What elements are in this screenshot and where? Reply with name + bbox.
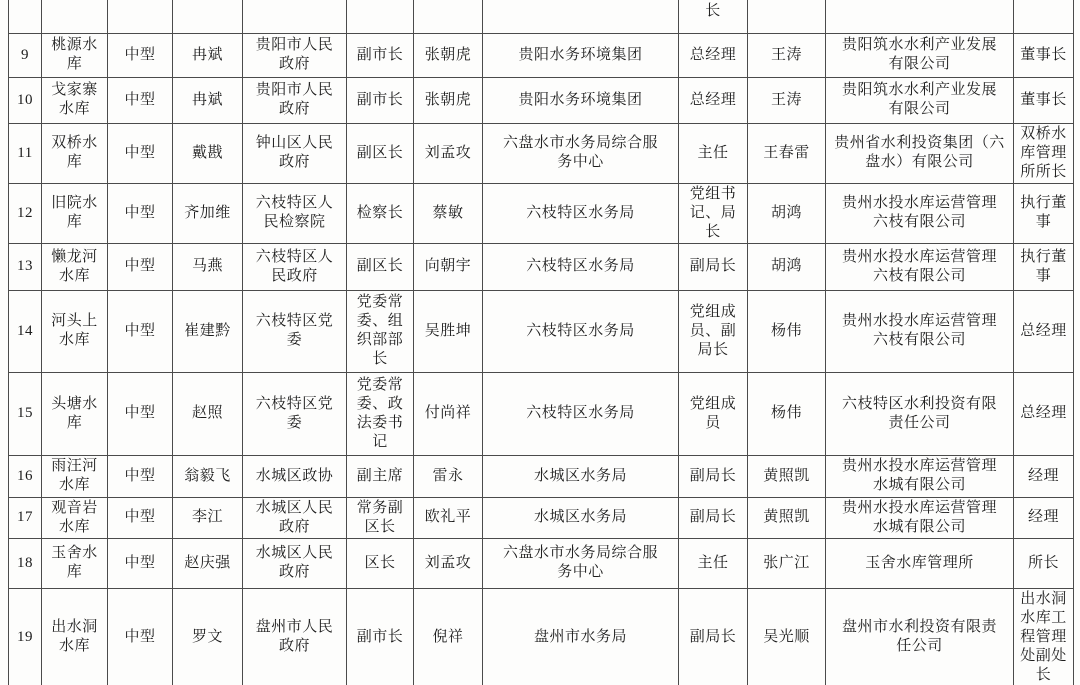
scale-type-cell: 中型 [108, 243, 173, 290]
responsible-person-org-cell: 钟山区人民 政府 [243, 123, 347, 183]
responsible-person-title-cell: 副市长 [347, 588, 414, 685]
partial-table-row: 长 [9, 0, 1074, 33]
manager-person-title-cell: 双桥水 库管理 所所长 [1014, 123, 1074, 183]
row-number-cell: 12 [9, 183, 42, 243]
manager-person-title-cell: 出水洞 水库工 程管理 处副处 长 [1014, 588, 1074, 685]
reservoir-name-cell: 戈家寨 水库 [42, 77, 108, 123]
manager-person-title-cell: 执行董 事 [1014, 243, 1074, 290]
competent-person-title-cell: 主任 [679, 538, 748, 588]
reservoir-name-cell: 玉舍水 库 [42, 538, 108, 588]
responsible-person-org-cell: 水城区人民 政府 [243, 497, 347, 538]
responsible-person-title-cell: 副市长 [347, 33, 414, 77]
competent-org-cell: 水城区水务局 [483, 455, 679, 497]
manager-person-cell: 吴光顺 [748, 588, 826, 685]
row-number-cell: 15 [9, 372, 42, 455]
table-row: 17观音岩 水库中型李江水城区人民 政府常务副 区长欧礼平水城区水务局副局长黄照… [9, 497, 1074, 538]
manager-person-cell: 杨伟 [748, 372, 826, 455]
manager-org-cell: 贵阳筑水水利产业发展 有限公司 [826, 77, 1014, 123]
competent-person-title-cell: 副局长 [679, 243, 748, 290]
competent-org-cell: 六枝特区水务局 [483, 183, 679, 243]
table-row: 9桃源水 库中型冉斌贵阳市人民 政府副市长张朝虎贵阳水务环境集团总经理王涛贵阳筑… [9, 33, 1074, 77]
competent-person-cell: 欧礼平 [414, 497, 483, 538]
scale-type-cell [108, 0, 173, 33]
competent-person-title-cell: 主任 [679, 123, 748, 183]
competent-person-title-cell: 总经理 [679, 33, 748, 77]
row-number-cell: 16 [9, 455, 42, 497]
competent-org-cell: 六枝特区水务局 [483, 243, 679, 290]
responsible-person-cell: 李江 [173, 497, 243, 538]
row-number-cell: 9 [9, 33, 42, 77]
manager-org-cell: 贵州水投水库运营管理 六枝有限公司 [826, 243, 1014, 290]
manager-person-title-cell [1014, 0, 1074, 33]
reservoir-officials-table: 长9桃源水 库中型冉斌贵阳市人民 政府副市长张朝虎贵阳水务环境集团总经理王涛贵阳… [8, 0, 1074, 685]
manager-person-title-cell: 董事长 [1014, 33, 1074, 77]
manager-person-cell: 王涛 [748, 77, 826, 123]
responsible-person-cell: 翁毅飞 [173, 455, 243, 497]
manager-person-title-cell: 所长 [1014, 538, 1074, 588]
competent-org-cell: 贵阳水务环境集团 [483, 33, 679, 77]
table-row: 18玉舍水 库中型赵庆强水城区人民 政府区长刘孟攻六盘水市水务局综合服 务中心主… [9, 538, 1074, 588]
competent-person-cell: 向朝宇 [414, 243, 483, 290]
table-row: 12旧院水 库中型齐加维六枝特区人 民检察院检察长蔡敏六枝特区水务局党组书 记、… [9, 183, 1074, 243]
competent-person-title-cell: 党组成 员 [679, 372, 748, 455]
scale-type-cell: 中型 [108, 455, 173, 497]
manager-person-cell: 胡鸿 [748, 243, 826, 290]
responsible-person-cell: 赵庆强 [173, 538, 243, 588]
reservoir-name-cell [42, 0, 108, 33]
row-number-cell: 13 [9, 243, 42, 290]
responsible-person-title-cell: 副区长 [347, 123, 414, 183]
manager-org-cell: 贵州水投水库运营管理 水城有限公司 [826, 497, 1014, 538]
competent-person-title-cell: 副局长 [679, 497, 748, 538]
reservoir-name-cell: 旧院水 库 [42, 183, 108, 243]
manager-org-cell: 玉舍水库管理所 [826, 538, 1014, 588]
manager-person-cell: 胡鸿 [748, 183, 826, 243]
manager-person-cell: 张广江 [748, 538, 826, 588]
competent-person-title-cell: 党组成 员、副 局长 [679, 290, 748, 372]
responsible-person-title-cell: 党委常 委、政 法委书 记 [347, 372, 414, 455]
responsible-person-org-cell [243, 0, 347, 33]
responsible-person-cell: 赵照 [173, 372, 243, 455]
manager-person-cell [748, 0, 826, 33]
table-row: 19出水洞 水库中型罗文盘州市人民 政府副市长倪祥盘州市水务局副局长吴光顺盘州市… [9, 588, 1074, 685]
responsible-person-org-cell: 贵阳市人民 政府 [243, 77, 347, 123]
reservoir-name-cell: 桃源水 库 [42, 33, 108, 77]
manager-org-cell: 盘州市水利投资有限责 任公司 [826, 588, 1014, 685]
row-number-cell: 19 [9, 588, 42, 685]
scale-type-cell: 中型 [108, 123, 173, 183]
competent-org-cell: 六枝特区水务局 [483, 290, 679, 372]
manager-org-cell: 六枝特区水利投资有限 责任公司 [826, 372, 1014, 455]
table-row: 10戈家寨 水库中型冉斌贵阳市人民 政府副市长张朝虎贵阳水务环境集团总经理王涛贵… [9, 77, 1074, 123]
responsible-person-title-cell: 检察长 [347, 183, 414, 243]
reservoir-name-cell: 懒龙河 水库 [42, 243, 108, 290]
competent-org-cell: 六盘水市水务局综合服 务中心 [483, 538, 679, 588]
responsible-person-title-cell: 副市长 [347, 77, 414, 123]
manager-person-title-cell: 经理 [1014, 497, 1074, 538]
manager-org-cell: 贵州省水利投资集团（六 盘水）有限公司 [826, 123, 1014, 183]
scale-type-cell: 中型 [108, 588, 173, 685]
responsible-person-cell: 戴戡 [173, 123, 243, 183]
manager-person-cell: 王春雷 [748, 123, 826, 183]
competent-person-cell: 吴胜坤 [414, 290, 483, 372]
responsible-person-cell: 马燕 [173, 243, 243, 290]
row-number-cell: 17 [9, 497, 42, 538]
reservoir-name-cell: 出水洞 水库 [42, 588, 108, 685]
responsible-person-title-cell: 区长 [347, 538, 414, 588]
responsible-person-cell [173, 0, 243, 33]
reservoir-name-cell: 河头上 水库 [42, 290, 108, 372]
manager-org-cell: 贵州水投水库运营管理 六枝有限公司 [826, 183, 1014, 243]
scale-type-cell: 中型 [108, 290, 173, 372]
row-number-cell: 11 [9, 123, 42, 183]
responsible-person-title-cell: 副区长 [347, 243, 414, 290]
reservoir-name-cell: 双桥水 库 [42, 123, 108, 183]
responsible-person-org-cell: 贵阳市人民 政府 [243, 33, 347, 77]
responsible-person-title-cell: 副主席 [347, 455, 414, 497]
responsible-person-org-cell: 六枝特区党 委 [243, 372, 347, 455]
competent-person-title-cell: 副局长 [679, 588, 748, 685]
responsible-person-org-cell: 六枝特区人 民政府 [243, 243, 347, 290]
table-body: 长9桃源水 库中型冉斌贵阳市人民 政府副市长张朝虎贵阳水务环境集团总经理王涛贵阳… [9, 0, 1074, 685]
table-row: 16雨汪河 水库中型翁毅飞水城区政协副主席雷永水城区水务局副局长黄照凯贵州水投水… [9, 455, 1074, 497]
table-row: 13懒龙河 水库中型马燕六枝特区人 民政府副区长向朝宇六枝特区水务局副局长胡鸿贵… [9, 243, 1074, 290]
responsible-person-cell: 罗文 [173, 588, 243, 685]
responsible-person-title-cell: 党委常 委、组 织部部 长 [347, 290, 414, 372]
row-number-cell: 18 [9, 538, 42, 588]
responsible-person-title-cell: 常务副 区长 [347, 497, 414, 538]
manager-org-cell: 贵州水投水库运营管理 六枝有限公司 [826, 290, 1014, 372]
manager-person-title-cell: 总经理 [1014, 290, 1074, 372]
table-row: 14河头上 水库中型崔建黔六枝特区党 委党委常 委、组 织部部 长吴胜坤六枝特区… [9, 290, 1074, 372]
responsible-person-cell: 冉斌 [173, 33, 243, 77]
manager-person-cell: 黄照凯 [748, 497, 826, 538]
competent-person-cell: 蔡敏 [414, 183, 483, 243]
manager-org-cell: 贵阳筑水水利产业发展 有限公司 [826, 33, 1014, 77]
reservoir-name-cell: 雨汪河 水库 [42, 455, 108, 497]
responsible-person-org-cell: 水城区人民 政府 [243, 538, 347, 588]
manager-org-cell [826, 0, 1014, 33]
row-number-cell: 14 [9, 290, 42, 372]
competent-person-cell: 雷永 [414, 455, 483, 497]
reservoir-name-cell: 头塘水 库 [42, 372, 108, 455]
responsible-person-org-cell: 水城区政协 [243, 455, 347, 497]
manager-person-title-cell: 经理 [1014, 455, 1074, 497]
competent-org-cell: 贵阳水务环境集团 [483, 77, 679, 123]
responsible-person-title-cell [347, 0, 414, 33]
row-number-cell [9, 0, 42, 33]
competent-person-cell: 张朝虎 [414, 33, 483, 77]
competent-person-cell: 刘孟攻 [414, 538, 483, 588]
scale-type-cell: 中型 [108, 183, 173, 243]
competent-person-cell: 倪祥 [414, 588, 483, 685]
competent-person-title-cell: 总经理 [679, 77, 748, 123]
table-row: 11双桥水 库中型戴戡钟山区人民 政府副区长刘孟攻六盘水市水务局综合服 务中心主… [9, 123, 1074, 183]
competent-person-title-cell: 副局长 [679, 455, 748, 497]
scale-type-cell: 中型 [108, 497, 173, 538]
competent-org-cell: 盘州市水务局 [483, 588, 679, 685]
responsible-person-cell: 冉斌 [173, 77, 243, 123]
scale-type-cell: 中型 [108, 372, 173, 455]
manager-person-cell: 王涛 [748, 33, 826, 77]
table-row: 15头塘水 库中型赵照六枝特区党 委党委常 委、政 法委书 记付尚祥六枝特区水务… [9, 372, 1074, 455]
row-number-cell: 10 [9, 77, 42, 123]
competent-org-cell [483, 0, 679, 33]
responsible-person-cell: 崔建黔 [173, 290, 243, 372]
scale-type-cell: 中型 [108, 33, 173, 77]
competent-person-title-cell: 党组书 记、局 长 [679, 183, 748, 243]
reservoir-name-cell: 观音岩 水库 [42, 497, 108, 538]
responsible-person-org-cell: 六枝特区人 民检察院 [243, 183, 347, 243]
competent-person-cell: 张朝虎 [414, 77, 483, 123]
responsible-person-cell: 齐加维 [173, 183, 243, 243]
responsible-person-org-cell: 盘州市人民 政府 [243, 588, 347, 685]
manager-person-title-cell: 执行董 事 [1014, 183, 1074, 243]
manager-person-title-cell: 总经理 [1014, 372, 1074, 455]
competent-org-cell: 水城区水务局 [483, 497, 679, 538]
manager-person-title-cell: 董事长 [1014, 77, 1074, 123]
competent-org-cell: 六盘水市水务局综合服 务中心 [483, 123, 679, 183]
scale-type-cell: 中型 [108, 77, 173, 123]
manager-person-cell: 黄照凯 [748, 455, 826, 497]
competent-person-cell: 刘孟攻 [414, 123, 483, 183]
competent-person-cell: 付尚祥 [414, 372, 483, 455]
document-page: 长9桃源水 库中型冉斌贵阳市人民 政府副市长张朝虎贵阳水务环境集团总经理王涛贵阳… [0, 0, 1080, 685]
manager-person-cell: 杨伟 [748, 290, 826, 372]
competent-person-cell [414, 0, 483, 33]
scale-type-cell: 中型 [108, 538, 173, 588]
manager-org-cell: 贵州水投水库运营管理 水城有限公司 [826, 455, 1014, 497]
competent-org-cell: 六枝特区水务局 [483, 372, 679, 455]
competent-person-title-cell: 长 [679, 0, 748, 33]
responsible-person-org-cell: 六枝特区党 委 [243, 290, 347, 372]
